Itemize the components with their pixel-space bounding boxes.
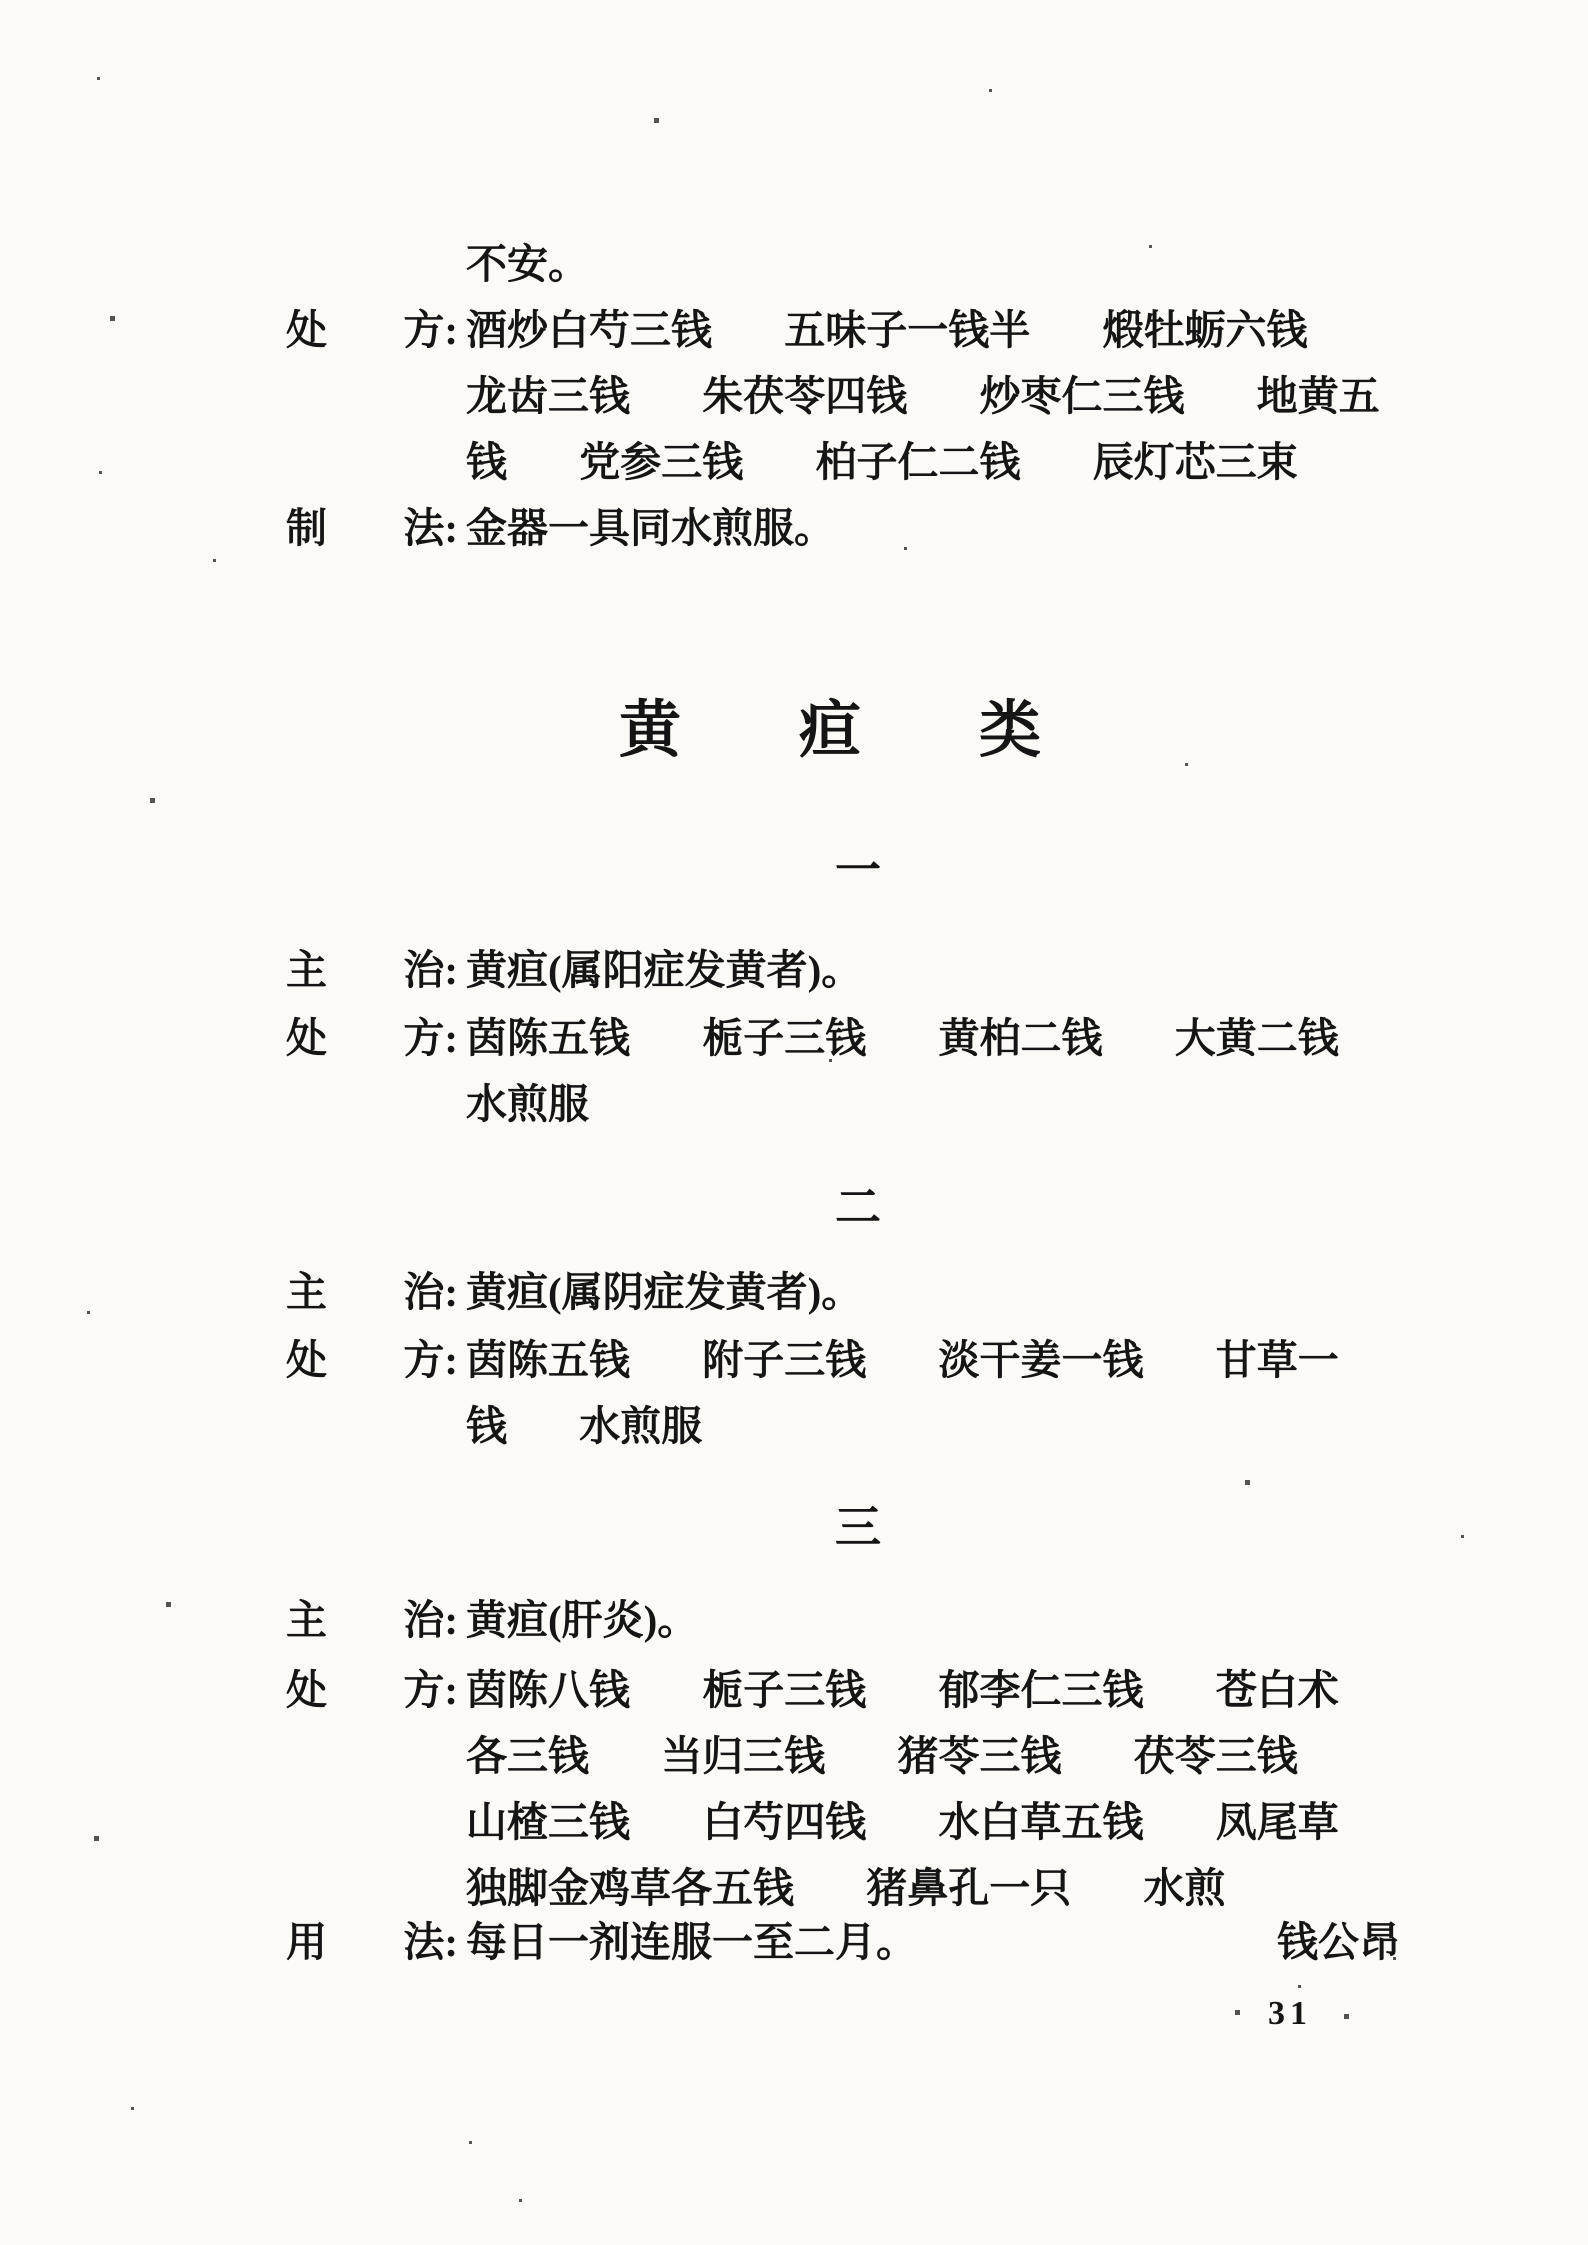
prescription-row: 处 方: 酒炒白芍三钱 五味子一钱半 煅牡蛎六钱 龙齿三钱 朱茯苓四钱 炒枣仁三…: [286, 306, 1400, 504]
ingredient: 当归三钱: [661, 1732, 825, 1780]
ingredient-line: 钱 党参三钱 柏子仁二钱 辰灯芯三束: [466, 438, 1400, 486]
ingredient: 朱茯苓四钱: [702, 372, 907, 420]
label-char: 法:: [403, 504, 458, 552]
ingredient: 茵陈八钱: [466, 1666, 630, 1714]
label-char: 治:: [403, 946, 458, 994]
ingredient: 水煎服: [466, 1080, 589, 1128]
ingredient: 猪苓三钱: [898, 1732, 1062, 1780]
indication-text: 黄疸(属阳症发黄者)。: [466, 946, 1400, 994]
row-label-zhuzhi: 主 治:: [286, 946, 458, 994]
ingredient: 各三钱: [466, 1732, 589, 1780]
label-char: 主: [286, 1268, 327, 1316]
ingredient: 茯苓三钱: [1134, 1732, 1298, 1780]
ingredient: 甘草一: [1216, 1336, 1339, 1384]
row-label-zhifa: 制 法:: [286, 504, 458, 552]
ingredient: 白芍四钱: [702, 1798, 866, 1846]
ingredient: 钱: [466, 438, 507, 486]
contributor-name: 钱公昂: [1277, 1918, 1400, 1966]
row-content: 茵陈八钱 栀子三钱 郁李仁三钱 苍白术 各三钱 当归三钱 猪苓三钱 茯苓三钱 山…: [466, 1666, 1400, 1930]
ingredient: 辰灯芯三束: [1093, 438, 1298, 486]
ingredient: 猪鼻孔一只: [866, 1864, 1071, 1912]
indication-row: 主 治: 黄疸(属阳症发黄者)。: [286, 946, 1400, 1012]
row-content: 茵陈五钱 附子三钱 淡干姜一钱 甘草一 钱 水煎服: [466, 1336, 1400, 1468]
row-content: 酒炒白芍三钱 五味子一钱半 煅牡蛎六钱 龙齿三钱 朱茯苓四钱 炒枣仁三钱 地黄五…: [466, 306, 1400, 504]
indication: 黄疸(肝炎)。: [466, 1596, 698, 1644]
label-char: 治:: [403, 1268, 458, 1316]
preparation-row: 制 法: 金器一具同水煎服。: [286, 504, 1400, 570]
row-content: 每日一剂连服一至二月。 钱公昂: [466, 1918, 1400, 1984]
ingredient: 独脚金鸡草各五钱: [466, 1864, 794, 1912]
label-char: 方:: [403, 306, 458, 354]
label-char: 制: [286, 504, 327, 552]
label-char: 方:: [403, 1336, 458, 1384]
ingredient-line: 水煎服: [466, 1080, 1400, 1128]
indication-row: 主 治: 黄疸(肝炎)。: [286, 1596, 1400, 1662]
ingredient: 酒炒白芍三钱: [466, 306, 712, 354]
usage-text: 每日一剂连服一至二月。: [466, 1918, 917, 1966]
row-content: 黄疸(肝炎)。: [466, 1596, 1400, 1662]
section-number: 二: [64, 1185, 1588, 1231]
ingredient-line: 山楂三钱 白芍四钱 水白草五钱 凤尾草: [466, 1798, 1400, 1846]
usage-line: 每日一剂连服一至二月。 钱公昂: [466, 1918, 1400, 1966]
label-char: 治:: [403, 1596, 458, 1644]
ingredient-line: 茵陈五钱 栀子三钱 黄柏二钱 大黄二钱: [466, 1014, 1400, 1062]
ingredient-line: 酒炒白芍三钱 五味子一钱半 煅牡蛎六钱: [466, 306, 1400, 354]
ingredient-line: 茵陈五钱 附子三钱 淡干姜一钱 甘草一: [466, 1336, 1400, 1384]
prescription-row: 处 方: 茵陈五钱 附子三钱 淡干姜一钱 甘草一 钱 水煎服: [286, 1336, 1400, 1468]
ingredient: 龙齿三钱: [466, 372, 630, 420]
ingredient: 附子三钱: [702, 1336, 866, 1384]
indication: 黄疸(属阴症发黄者)。: [466, 1268, 862, 1316]
row-label-chufang: 处 方:: [286, 1336, 458, 1384]
ingredient: 栀子三钱: [702, 1666, 866, 1714]
row-label-zhuzhi: 主 治:: [286, 1268, 458, 1316]
chapter-title-char: 类: [979, 698, 1041, 764]
ingredient: 黄柏二钱: [939, 1014, 1103, 1062]
chapter-title: 黄 疸 类: [36, 698, 1588, 764]
label-char: 方:: [403, 1014, 458, 1062]
indication-text: 黄疸(属阴症发黄者)。: [466, 1268, 1400, 1316]
label-char: 主: [286, 1596, 327, 1644]
row-label-chufang: 处 方:: [286, 1666, 458, 1714]
scanned-book-page: 不安。 处 方: 酒炒白芍三钱 五味子一钱半 煅牡蛎六钱 龙齿三钱 朱茯苓四钱 …: [0, 0, 1588, 2245]
indication: 黄疸(属阳症发黄者)。: [466, 946, 862, 994]
prescription-row: 处 方: 茵陈八钱 栀子三钱 郁李仁三钱 苍白术 各三钱 当归三钱 猪苓三钱 茯…: [286, 1666, 1400, 1930]
row-label-chufang: 处 方:: [286, 1014, 458, 1062]
row-content: 黄疸(属阳症发黄者)。: [466, 946, 1400, 1012]
ingredient: 炒枣仁三钱: [980, 372, 1185, 420]
ingredient: 水煎: [1144, 1864, 1226, 1912]
ingredient-line: 各三钱 当归三钱 猪苓三钱 茯苓三钱: [466, 1732, 1400, 1780]
ingredient-line: 钱 水煎服: [466, 1402, 1400, 1450]
row-label-yongfa: 用 法:: [286, 1918, 458, 1966]
page-number: 31: [1268, 1995, 1312, 2033]
label-char: 方:: [403, 1666, 458, 1714]
ingredient: 煅牡蛎六钱: [1103, 306, 1308, 354]
label-char: 法:: [403, 1918, 458, 1966]
ingredient-line: 龙齿三钱 朱茯苓四钱 炒枣仁三钱 地黄五: [466, 372, 1400, 420]
ingredient: 党参三钱: [579, 438, 743, 486]
ingredient-line: 茵陈八钱 栀子三钱 郁李仁三钱 苍白术: [466, 1666, 1400, 1714]
ingredient: 郁李仁三钱: [939, 1666, 1144, 1714]
section-number: 三: [64, 1505, 1588, 1551]
ingredient: 凤尾草: [1216, 1798, 1339, 1846]
label-char: 用: [286, 1918, 327, 1966]
ingredient-line: 独脚金鸡草各五钱 猪鼻孔一只 水煎: [466, 1864, 1400, 1912]
ingredient: 柏子仁二钱: [816, 438, 1021, 486]
label-char: 处: [286, 1666, 327, 1714]
prescription-row: 处 方: 茵陈五钱 栀子三钱 黄柏二钱 大黄二钱 水煎服: [286, 1014, 1400, 1146]
ingredient: 茵陈五钱: [466, 1014, 630, 1062]
chapter-title-char: 疸: [799, 698, 861, 764]
row-content: 黄疸(属阴症发黄者)。: [466, 1268, 1400, 1334]
section-number: 一: [64, 848, 1588, 894]
chapter-title-char: 黄: [619, 698, 681, 764]
usage-row: 用 法: 每日一剂连服一至二月。 钱公昂: [286, 1918, 1400, 1984]
indication-row: 主 治: 黄疸(属阴症发黄者)。: [286, 1268, 1400, 1334]
ingredient: 水白草五钱: [939, 1798, 1144, 1846]
row-label-zhuzhi: 主 治:: [286, 1596, 458, 1644]
label-char: 处: [286, 306, 327, 354]
row-content: 金器一具同水煎服。: [466, 504, 1400, 570]
preparation-text: 金器一具同水煎服。: [466, 504, 835, 552]
ingredient: 山楂三钱: [466, 1798, 630, 1846]
ingredient: 五味子一钱半: [784, 306, 1030, 354]
ingredient: 钱: [466, 1402, 507, 1450]
ingredient: 栀子三钱: [702, 1014, 866, 1062]
carryover-text: 不安。: [466, 240, 589, 288]
scan-noise: [0, 0, 1, 1]
row-label-chufang: 处 方:: [286, 306, 458, 354]
ingredient: 地黄五: [1257, 372, 1380, 420]
ingredient: 苍白术: [1216, 1666, 1339, 1714]
ingredient: 大黄二钱: [1175, 1014, 1339, 1062]
preparation-line: 金器一具同水煎服。: [466, 504, 1400, 552]
label-char: 主: [286, 946, 327, 994]
label-char: 处: [286, 1336, 327, 1384]
indication-text: 黄疸(肝炎)。: [466, 1596, 1400, 1644]
ingredient: 水煎服: [579, 1402, 702, 1450]
ingredient: 茵陈五钱: [466, 1336, 630, 1384]
row-content: 茵陈五钱 栀子三钱 黄柏二钱 大黄二钱 水煎服: [466, 1014, 1400, 1146]
label-char: 处: [286, 1014, 327, 1062]
ingredient: 淡干姜一钱: [939, 1336, 1144, 1384]
